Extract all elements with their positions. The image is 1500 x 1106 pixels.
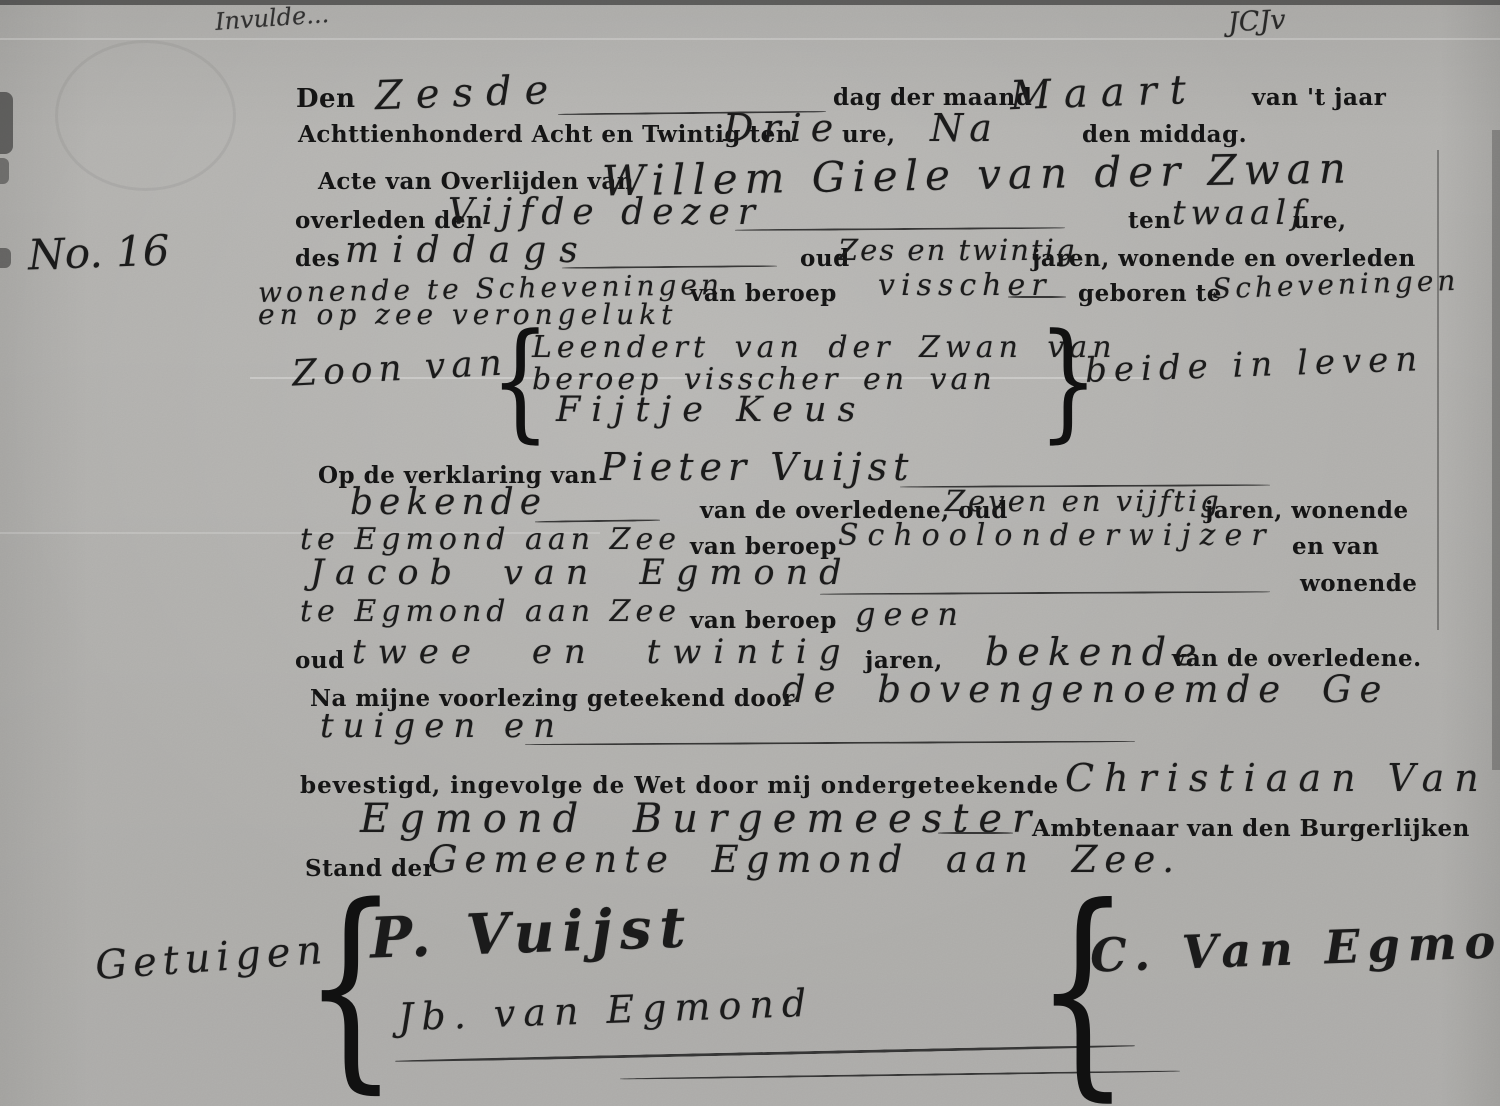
filler-line <box>938 832 1013 834</box>
entry-bekende1: bekende <box>350 482 547 523</box>
act-number: No. 16 <box>27 226 170 280</box>
entry-father-line1: Leendert van der Zwan van <box>532 330 1117 365</box>
label-van-t-jaar: van 't jaar <box>1252 84 1386 111</box>
entry-signed-by: de bovengenoemde Ge <box>782 668 1389 711</box>
scan-edge-left-mark <box>0 92 13 154</box>
entry-death-date: Vijfde dezer <box>448 192 763 233</box>
scan-edge-left-mark <box>0 158 9 184</box>
entry-declarant1-occupation: Schoolonderwijzer <box>838 518 1275 553</box>
label-bevestigd: bevestigd, ingevolge de Wet door mij ond… <box>300 772 1059 799</box>
entry-signed-by-cont: tuigen en <box>320 706 564 746</box>
label-den: Den <box>296 84 356 114</box>
label-acte-van-overlijden: Acte van Overlijden van <box>318 168 634 195</box>
label-des: des <box>295 245 340 272</box>
label-den-middag: den middag. <box>1082 121 1247 148</box>
entry-month: Maart <box>1009 67 1199 120</box>
entry-declarant1-residence: te Egmond aan Zee <box>300 522 681 557</box>
entry-death-note: en op zee verongelukt <box>258 298 677 331</box>
filler-line <box>735 227 1065 231</box>
entry-official-firstname: Christiaan Van <box>1065 756 1489 800</box>
death-certificate-page: Invulde... JCJv No. 16 Den Zesde dag der… <box>0 0 1500 1106</box>
signature-official: C. Van Egmond <box>1089 911 1500 982</box>
entry-mother: Fijtje Keus <box>556 390 867 430</box>
label-getuigen: Getuigen <box>94 927 330 989</box>
filler-line <box>1008 296 1066 298</box>
faint-stamp-mark <box>55 40 236 191</box>
entry-hour: Drie <box>723 106 842 150</box>
top-right-annotation: JCJv <box>1227 5 1286 39</box>
entry-death-hour: twaalf <box>1172 193 1309 233</box>
entry-day: Zesde <box>374 67 562 119</box>
page-fold-line <box>1437 150 1439 630</box>
label-van-beroep: van beroep <box>690 280 837 307</box>
signature-flourish <box>395 1044 1135 1062</box>
label-van-beroep3: van beroep <box>690 607 837 634</box>
entry-ampm: Na <box>930 106 998 150</box>
label-ure: ure, <box>842 121 895 148</box>
label-en-van: en van <box>1292 533 1379 560</box>
label-wonende3: wonende <box>1300 570 1417 597</box>
scratch-line <box>0 38 1500 40</box>
entry-declarant1-age: Zeven en vijftig <box>945 484 1222 518</box>
label-ure2: ure, <box>1293 207 1346 234</box>
entry-daypart: middags <box>345 230 591 271</box>
label-ten: ten <box>1128 207 1171 234</box>
entry-declarant2-occupation: geen <box>855 595 966 633</box>
brace-official: { <box>1035 878 1130 1103</box>
entry-declarant2-residence: te Egmond aan Zee <box>300 594 681 629</box>
entry-official-surname-title: Egmond Burgemeester <box>360 796 1041 842</box>
label-zoon-van: Zoon van <box>291 342 509 394</box>
entry-declarant2-age: twee en twintig <box>352 632 852 672</box>
label-oud2: oud <box>295 647 345 674</box>
entry-parents-status: beide in leven <box>1084 339 1424 391</box>
filler-line <box>525 740 1135 745</box>
scan-edge-left-mark <box>0 248 11 268</box>
label-year: Achttienhonderd Acht en Twintig ten <box>298 121 793 148</box>
signature-witness2: Jb. van Egmond <box>397 981 814 1039</box>
signature-witness1: P. Vuijst <box>369 894 694 971</box>
scan-edge-right <box>1492 130 1500 770</box>
top-left-annotation: Invulde... <box>214 0 330 36</box>
entry-declarant2-name: Jacob van Egmond <box>310 553 853 593</box>
label-geboren-te: geboren te <box>1078 280 1222 307</box>
entry-declarant1-name: Pieter Vuijst <box>600 445 914 489</box>
